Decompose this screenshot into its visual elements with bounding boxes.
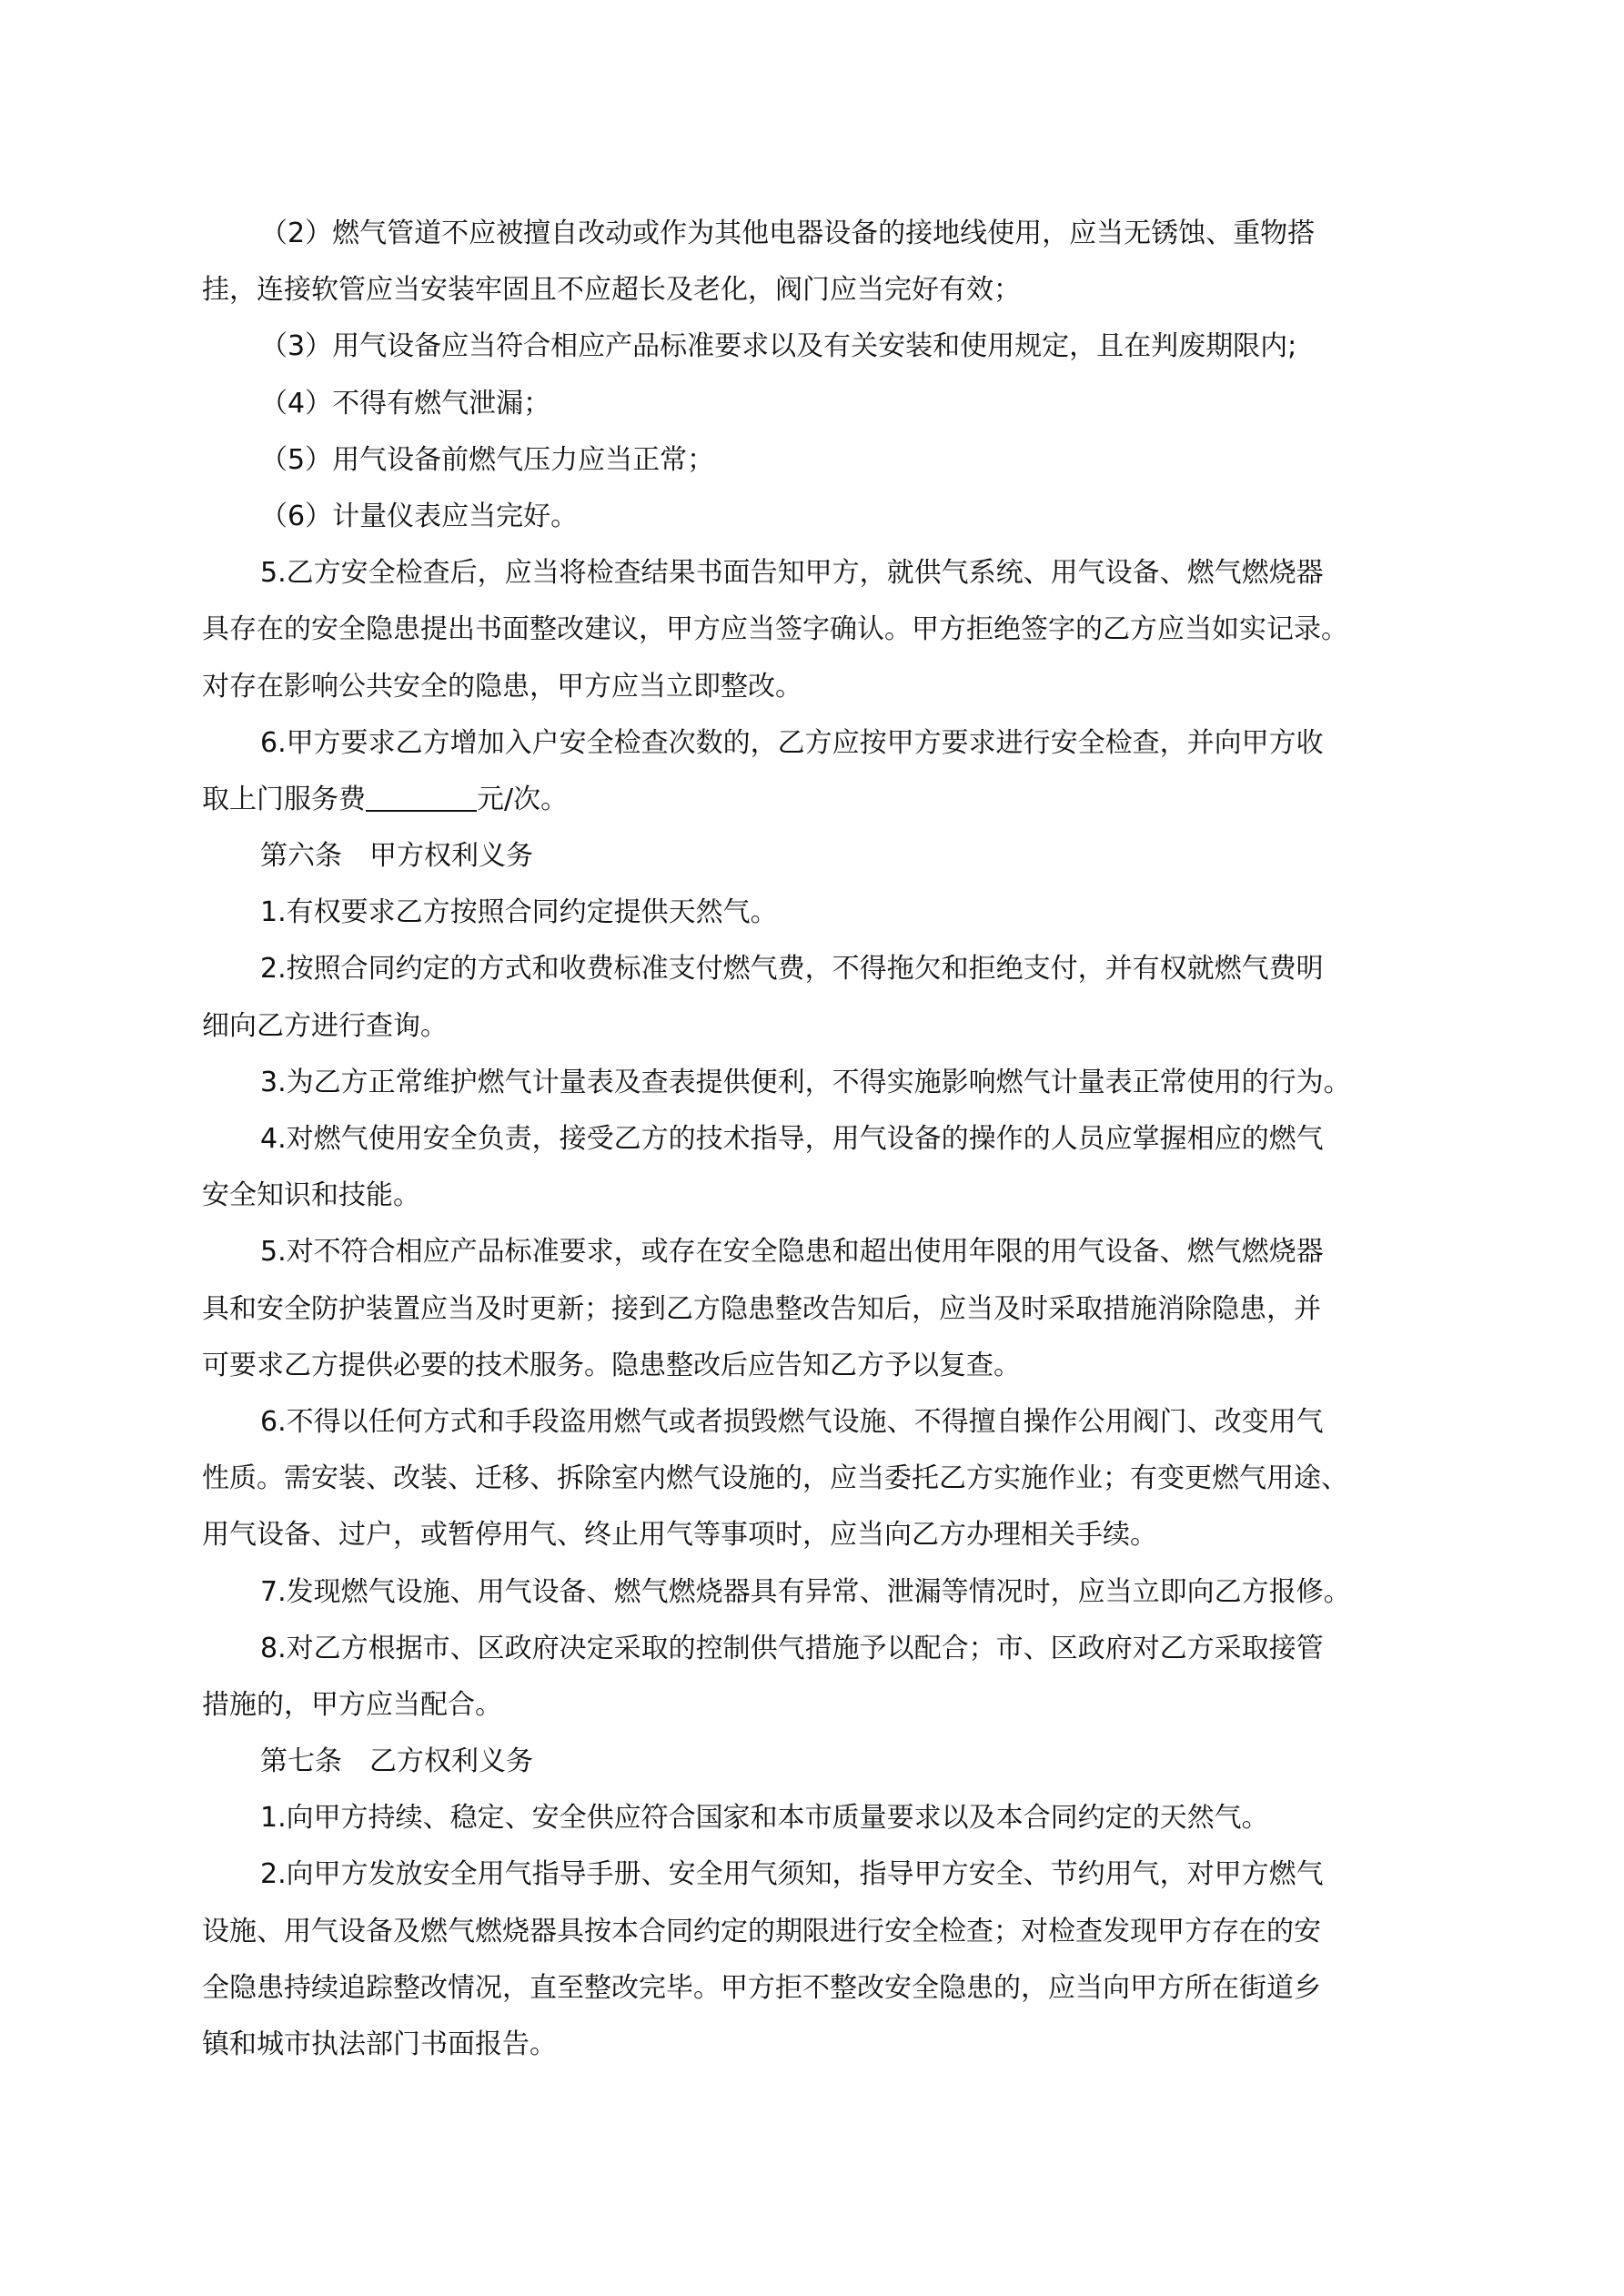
- text-line: 设施、用气设备及燃气燃烧器具按本合同约定的期限进行安全检查；对检查发现甲方存在的…: [202, 1904, 1426, 1960]
- text-line: （2）燃气管道不应被擅自改动或作为其他电器设备的接地线使用，应当无锈蚀、重物搭: [202, 206, 1426, 262]
- text-line: 1.有权要求乙方按照合同约定提供天然气。: [202, 885, 1426, 941]
- text-line: 取上门服务费元/次。: [202, 772, 1426, 828]
- text-line: 6.甲方要求乙方增加入户安全检查次数的，乙方应按甲方要求进行安全检查，并向甲方收: [202, 715, 1426, 772]
- article-6-item-3: 3.为乙方正常维护燃气计量表及查表提供便利，不得实施影响燃气计量表正常使用的行为…: [202, 1055, 1426, 1111]
- text-line: 2.按照合同约定的方式和收费标准支付燃气费，不得拖欠和拒绝支付，并有权就燃气费明: [202, 941, 1426, 997]
- text-line: 全隐患持续追踪整改情况，直至整改完毕。甲方拒不整改安全隐患的，应当向甲方所在街道…: [202, 1960, 1426, 2017]
- item-6: （6）计量仪表应当完好。: [202, 489, 1426, 545]
- text-line: 对存在影响公共安全的隐患，甲方应当立即整改。: [202, 659, 1426, 715]
- text-line: 措施的，甲方应当配合。: [202, 1677, 1426, 1734]
- article-6-item-2: 2.按照合同约定的方式和收费标准支付燃气费，不得拖欠和拒绝支付，并有权就燃气费明…: [202, 941, 1426, 1054]
- text-line: 4.对燃气使用安全负责，接受乙方的技术指导，用气设备的操作的人员应掌握相应的燃气: [202, 1111, 1426, 1168]
- article-7-heading: 第七条 乙方权利义务: [202, 1734, 1426, 1790]
- text-line: 5.乙方安全检查后，应当将检查结果书面告知甲方，就供气系统、用气设备、燃气燃烧器: [202, 545, 1426, 602]
- text-line: 具和安全防护装置应当及时更新；接到乙方隐患整改告知后，应当及时采取措施消除隐患，…: [202, 1281, 1426, 1338]
- text-line: 2.向甲方发放安全用气指导手册、安全用气须知，指导甲方安全、节约用气，对甲方燃气: [202, 1846, 1426, 1903]
- text-line: 细向乙方进行查询。: [202, 998, 1426, 1055]
- item-4: （4）不得有燃气泄漏；: [202, 376, 1426, 432]
- clause-5-6: 6.甲方要求乙方增加入户安全检查次数的，乙方应按甲方要求进行安全检查，并向甲方收…: [202, 715, 1426, 828]
- text-line: 安全知识和技能。: [202, 1168, 1426, 1224]
- section-heading: 第七条 乙方权利义务: [202, 1734, 1426, 1790]
- article-6-heading: 第六条 甲方权利义务: [202, 828, 1426, 885]
- text-line: （6）计量仪表应当完好。: [202, 489, 1426, 545]
- section-heading: 第六条 甲方权利义务: [202, 828, 1426, 885]
- text-line: （3）用气设备应当符合相应产品标准要求以及有关安装和使用规定，且在判废期限内;: [202, 319, 1426, 375]
- text-line: 性质。需安装、改装、迁移、拆除室内燃气设施的，应当委托乙方实施作业；有变更燃气用…: [202, 1451, 1426, 1507]
- text-line: 7.发现燃气设施、用气设备、燃气燃烧器具有异常、泄漏等情况时，应当立即向乙方报修…: [202, 1564, 1426, 1621]
- text-line: 镇和城市执法部门书面报告。: [202, 2017, 1426, 2073]
- article-6-item-8: 8.对乙方根据市、区政府决定采取的控制供气措施予以配合；市、区政府对乙方采取接管…: [202, 1621, 1426, 1734]
- fee-suffix: 元/次。: [477, 784, 568, 815]
- article-6-item-7: 7.发现燃气设施、用气设备、燃气燃烧器具有异常、泄漏等情况时，应当立即向乙方报修…: [202, 1564, 1426, 1621]
- item-5: （5）用气设备前燃气压力应当正常；: [202, 432, 1426, 489]
- article-7-item-2: 2.向甲方发放安全用气指导手册、安全用气须知，指导甲方安全、节约用气，对甲方燃气…: [202, 1846, 1426, 2073]
- text-line: （5）用气设备前燃气压力应当正常；: [202, 432, 1426, 489]
- text-line: 3.为乙方正常维护燃气计量表及查表提供便利，不得实施影响燃气计量表正常使用的行为…: [202, 1055, 1426, 1111]
- text-line: （4）不得有燃气泄漏；: [202, 376, 1426, 432]
- text-line: 1.向甲方持续、稳定、安全供应符合国家和本市质量要求以及本合同约定的天然气。: [202, 1790, 1426, 1846]
- text-line: 可要求乙方提供必要的技术服务。隐患整改后应告知乙方予以复查。: [202, 1338, 1426, 1394]
- item-3: （3）用气设备应当符合相应产品标准要求以及有关安装和使用规定，且在判废期限内;: [202, 319, 1426, 375]
- text-line: 5.对不符合相应产品标准要求，或存在安全隐患和超出使用年限的用气设备、燃气燃烧器: [202, 1224, 1426, 1280]
- fee-blank-field[interactable]: [366, 784, 477, 812]
- item-2: （2）燃气管道不应被擅自改动或作为其他电器设备的接地线使用，应当无锈蚀、重物搭 …: [202, 206, 1426, 319]
- article-6-item-4: 4.对燃气使用安全负责，接受乙方的技术指导，用气设备的操作的人员应掌握相应的燃气…: [202, 1111, 1426, 1224]
- text-line: 具存在的安全隐患提出书面整改建议，甲方应当签字确认。甲方拒绝签字的乙方应当如实记…: [202, 602, 1426, 658]
- fee-label: 取上门服务费: [202, 784, 366, 815]
- article-6-item-5: 5.对不符合相应产品标准要求，或存在安全隐患和超出使用年限的用气设备、燃气燃烧器…: [202, 1224, 1426, 1394]
- document-page: （2）燃气管道不应被擅自改动或作为其他电器设备的接地线使用，应当无锈蚀、重物搭 …: [202, 206, 1426, 2073]
- article-6-item-6: 6.不得以任何方式和手段盗用燃气或者损毁燃气设施、不得擅自操作公用阀门、改变用气…: [202, 1394, 1426, 1564]
- article-7-item-1: 1.向甲方持续、稳定、安全供应符合国家和本市质量要求以及本合同约定的天然气。: [202, 1790, 1426, 1846]
- text-line: 8.对乙方根据市、区政府决定采取的控制供气措施予以配合；市、区政府对乙方采取接管: [202, 1621, 1426, 1677]
- text-line: 6.不得以任何方式和手段盗用燃气或者损毁燃气设施、不得擅自操作公用阀门、改变用气: [202, 1394, 1426, 1451]
- clause-5-5: 5.乙方安全检查后，应当将检查结果书面告知甲方，就供气系统、用气设备、燃气燃烧器…: [202, 545, 1426, 715]
- text-line: 挂，连接软管应当安装牢固且不应超长及老化，阀门应当完好有效；: [202, 262, 1426, 319]
- text-line: 用气设备、过户，或暂停用气、终止用气等事项时，应当向乙方办理相关手续。: [202, 1507, 1426, 1563]
- article-6-item-1: 1.有权要求乙方按照合同约定提供天然气。: [202, 885, 1426, 941]
